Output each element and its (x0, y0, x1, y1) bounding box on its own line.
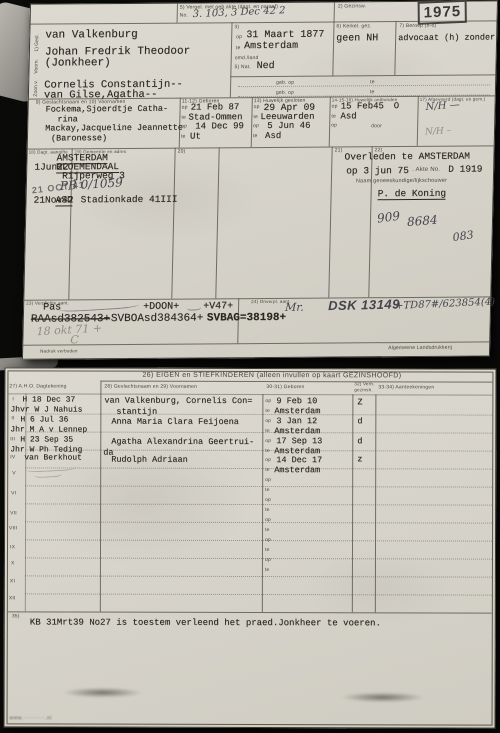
roman-x: X (11, 560, 15, 566)
dissolved-door-label: door (371, 123, 382, 129)
predicate-field: (Jonkheer) (45, 57, 111, 69)
hw-code-083: 083 (452, 228, 474, 244)
grid-line (328, 147, 332, 298)
born-op-prefix: op (265, 477, 271, 483)
card-front: 5) Vergel. met geb.akte (dagt. en paraaf… (22, 0, 498, 359)
born-te-prefix: te (265, 547, 270, 553)
dotted-row-rule (25, 449, 492, 451)
born-op-prefix: op (265, 497, 271, 503)
handwriting-scribble (187, 304, 201, 311)
child4-name: Rudolph Adriaan (111, 455, 188, 465)
born-te-label: te (181, 115, 186, 121)
dotted-row-rule (25, 467, 492, 469)
dissolved-place: Asd (340, 111, 356, 121)
birth-date-field: 31 Maart 1877 (246, 30, 324, 42)
dotted-row-rule (25, 593, 492, 595)
grid-line (332, 22, 334, 76)
name-column-header: 28) Geslachtsnaam en 29) Voornamen (104, 384, 197, 390)
roman-xii: XII (9, 595, 16, 601)
reg-addr-5-prefix: ASD (55, 194, 72, 206)
born-op-prefix: op (265, 398, 271, 404)
dsk-marker: DSK 13149 (328, 296, 400, 313)
dotted-row-rule (25, 431, 492, 433)
surname-field: van Valkenburg (45, 29, 138, 42)
dotted-row-rule (25, 485, 492, 487)
footer-left: Nadruk verboden (40, 348, 78, 353)
grid-line (230, 74, 496, 77)
footer-right: Algemeene Landsdrukkerij (388, 345, 452, 351)
closed-op-label: op (254, 104, 260, 110)
born-te-prefix: te (265, 487, 270, 493)
no-label: No. (180, 13, 189, 19)
dotted-row-rule (25, 521, 492, 523)
grid-line (177, 3, 178, 23)
occupation-label: 7) Beroep (h-o) (399, 23, 436, 29)
born-op-prefix: op (265, 537, 271, 543)
born-op-prefix: op (265, 438, 271, 444)
handwriting-scribble (59, 302, 139, 313)
gezinsw-label: 2) Gezinsw. (338, 3, 366, 9)
church-field: geen NH (336, 33, 378, 44)
birth-place-field: Amsterdam (244, 41, 298, 52)
children-section-title: 26) EIGEN en STIEFKINDEREN (alleen invul… (142, 372, 401, 380)
birth-land-label: omd./land (235, 55, 259, 61)
codes-end: SVBAG=38198+ (207, 312, 286, 325)
grid-line (394, 21, 396, 75)
born-op-prefix: op (265, 517, 271, 523)
hw-code-909: 909 (376, 209, 400, 226)
grid-line (171, 148, 175, 299)
coroner-name: P. de Koning (377, 188, 446, 200)
grid-line (215, 147, 219, 298)
dotted-row-rule (25, 539, 492, 541)
aho-row1-name: Jhvr W J Nahuis (10, 405, 82, 414)
born-op-label: op (182, 105, 188, 111)
father-te-label: te (370, 79, 375, 85)
doon-typed: +DOON+ (143, 302, 179, 313)
spouse2-born-date: 14 Dec 99 (195, 121, 244, 131)
marriage2-place: Asd (265, 131, 281, 141)
zoon-van-side-label: Zoon v. (33, 80, 39, 96)
child1-born-place: Amsterdam (274, 406, 320, 416)
grid-line (417, 96, 419, 146)
spouse1-name: Fockema,Sjoerdtje Catha- (45, 104, 168, 115)
spouse1-born-date: 21 Feb 87 (191, 102, 240, 112)
grid-line (8, 611, 492, 613)
child2-born-date: 3 Jan 12 (276, 416, 317, 426)
child2-born-place: Amsterdam (274, 426, 320, 436)
roman-v: V (12, 470, 16, 476)
nationality-field: Ned (256, 61, 274, 72)
note35-label: 35) (12, 613, 20, 619)
born-column-header: 30-31) Geboren (266, 384, 304, 390)
dotted-row-rule (25, 503, 492, 505)
grid-line (100, 381, 102, 612)
mother-te-label: te (370, 89, 375, 95)
grid-line (352, 394, 354, 612)
col20-label: 20) (178, 149, 186, 155)
born-te-prefix: te (265, 428, 270, 434)
hw-c-mark: C (70, 333, 79, 346)
child2-name: Anna Maria Clara Feijoena (111, 417, 239, 427)
dotted-row-rule (25, 557, 492, 559)
dotted-row-rule (25, 413, 492, 415)
mother-geb-op-label: geb. op (276, 90, 294, 96)
born-te-prefix: te (265, 507, 270, 513)
roman-vi: VI (11, 490, 16, 496)
death-date: op 3 jun 75 (346, 165, 409, 176)
closed-te-label: te (253, 114, 258, 120)
closed-op2-label: op (253, 123, 259, 129)
marriage2-date: 5 Jun 46 (267, 121, 310, 131)
death-line1: Overleden te AMSTERDAM (344, 151, 470, 163)
death-akte-no: D 1919 (448, 163, 482, 174)
born-op-prefix: op (265, 418, 271, 424)
aho-row3-name-cont: van Berkhout (24, 453, 82, 462)
aho-row1-date: H 18 Dec 37 (22, 395, 75, 404)
aho-column-header: 27) A.H.O. Dagtekening (9, 383, 66, 389)
child1-born-date: 9 Feb 10 (276, 396, 317, 406)
double-rule-frame (7, 370, 494, 725)
removed-value-handwritten: N/H — (425, 99, 460, 113)
spouse2-name-cont: (Baronesse) (51, 133, 107, 143)
hw-code-8684: 8684 (407, 213, 438, 229)
roman-xi: XI (10, 578, 15, 584)
grid-line (334, 2, 335, 22)
closed-te2-label: te (253, 133, 258, 139)
pas-typed: Pas (43, 302, 61, 313)
born-te-prefix: te (265, 527, 270, 533)
roman-i: I (12, 396, 14, 402)
born-te-prefix: te (265, 448, 270, 454)
dissolved-date: 15 Feb45 (341, 101, 384, 111)
spouse2-name: Mackay,Jacqueline Jeannette (45, 123, 183, 134)
roman-vii: VII (10, 510, 17, 516)
coroner-label: Naam geneeskundige/lijkschouwer (356, 178, 447, 185)
note35-text: KB 31Mrt39 No27 is toestem verleend het … (30, 617, 381, 628)
born-op2-label: op (181, 124, 187, 130)
child3-born-date: 17 Sep 13 (276, 436, 322, 446)
spouse2-born-place: Ut (190, 131, 201, 141)
dissolved-te-label: te (331, 113, 336, 119)
child1-name-cont: stantijn (116, 407, 157, 417)
aho-row2-name: Jhr M A v Lennep (10, 425, 87, 434)
child1-name: van Valkenburg, Cornelis Con= (104, 396, 252, 406)
reg-hw-pb: PB 0/1059 (60, 175, 123, 193)
child3-name: Agatha Alexandrina Geertrui- (111, 437, 254, 447)
card-back: 26) EIGEN en STIEFKINDEREN (alleen invul… (4, 367, 497, 728)
dsk-suffix-handwritten: +TD87#/623854(4) (395, 297, 495, 312)
born-te-prefix: te (265, 567, 270, 573)
child4-born-place: Amsterdam (274, 465, 320, 475)
born-te2-label: te (181, 134, 186, 140)
occupation-field: advocaat (h) zonder (398, 32, 495, 43)
child4-relation: z (357, 454, 362, 464)
church-label: 6) Kerkel. gez. (336, 23, 371, 29)
child4-born-date: 14 Dec 17 (276, 455, 322, 465)
dissolved-op2-label: op (331, 122, 337, 128)
grid-line (230, 22, 233, 97)
dotted-row-rule (25, 575, 492, 577)
born-te-prefix: te (265, 467, 270, 473)
death-akte-label: . Akte No. (412, 167, 440, 173)
ink-smudge (342, 692, 424, 702)
birth-op-label: op (236, 34, 242, 40)
grid-line (100, 381, 492, 383)
dissolved-op-label: op (332, 103, 338, 109)
father-geb-op-label: geb. op (276, 80, 294, 86)
child1-relation: Z (357, 397, 362, 407)
child3-relation: d (357, 436, 362, 446)
born-op-prefix: op (265, 557, 271, 563)
aho-row3-date: H 23 Sep 35 (20, 435, 73, 444)
grid-line (329, 97, 331, 147)
nationality-label: 5) Nat. (234, 64, 251, 70)
reg-addr-5: Stadionkade 41III (80, 194, 177, 206)
v47-typed: +V47+ (203, 301, 233, 312)
removed-value2-handwritten: N/H – (425, 126, 451, 138)
faint-pencil-scribble (34, 471, 62, 478)
codes-mid: SVBOAsd384364+ (111, 312, 204, 325)
born-op-prefix: op (265, 457, 271, 463)
aho-row2-date: H 6 Jul 36 (20, 415, 68, 424)
roman-ii: II (11, 415, 14, 421)
roman-ix: IX (10, 544, 15, 550)
grid-line (262, 394, 264, 612)
child2-relation: d (357, 416, 362, 426)
birth-te-label: te (236, 45, 241, 51)
roman-iv: IV (10, 454, 15, 460)
hw-mr: Mr. (285, 301, 304, 314)
hw-date-1971: 18 okt 71 + (36, 321, 102, 338)
born-te-prefix: te (265, 408, 270, 414)
birth-field-label: 3) (234, 24, 239, 30)
roman-viii: VIII (9, 525, 17, 531)
dissolved-by: O (394, 101, 400, 111)
year-stamp-1975: 1975 (418, 0, 468, 25)
verh-column-header-1: 32) Verh. (354, 381, 374, 386)
archive-watermark: www.··········.nl (10, 715, 52, 721)
ink-smudge (64, 688, 142, 698)
voorn-side-label: Voorn. (33, 59, 39, 74)
verh-column-header-2: gezinsh. (354, 387, 372, 392)
col21-label: 21) (335, 147, 343, 153)
gesl-side-label: 1) Gesl. (34, 34, 40, 52)
gezinskaart-scan: 5) Vergel. met geb.akte (dagt. en paraaf… (0, 0, 500, 733)
notes-column-header: 33-34) Aanteekeningen (378, 384, 434, 390)
roman-iii: III (10, 436, 15, 442)
